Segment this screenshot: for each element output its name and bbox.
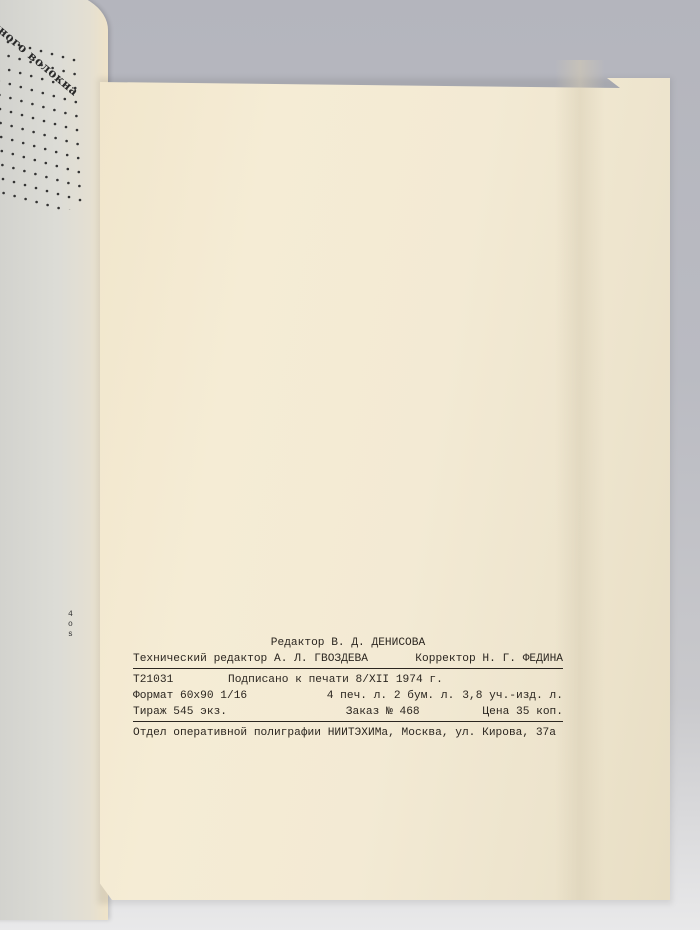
- edition-sheets: 3,8 уч.-изд. л.: [462, 688, 563, 704]
- editor-line: Редактор В. Д. ДЕНИСОВА: [133, 635, 563, 651]
- staff-line: Технический редактор А. Л. ГВОЗДЕВА Корр…: [133, 651, 563, 667]
- signed-line: Т21031 Подписано к печати 8/XII 1974 г.: [133, 672, 563, 688]
- print-run: Тираж 545 экз.: [133, 704, 283, 720]
- colophon-block: Редактор В. Д. ДЕНИСОВА Технический реда…: [133, 635, 563, 741]
- catalog-code: Т21031: [133, 672, 228, 688]
- printed-sheets: 4 печ. л. 2 бум. л.: [327, 688, 455, 704]
- tech-editor: Технический редактор А. Л. ГВОЗДЕВА: [133, 651, 368, 667]
- printer-line: Отдел оперативной полиграфии НИИТЭХИМа, …: [133, 725, 563, 741]
- left-page-margin-marks: 4 o s: [68, 610, 74, 640]
- proofreader: Корректор Н. Г. ФЕДИНА: [415, 651, 563, 667]
- editor: Редактор В. Д. ДЕНИСОВА: [271, 635, 425, 651]
- price: Цена 35 коп.: [482, 704, 563, 720]
- printer: Отдел оперативной полиграфии НИИТЭХИМа, …: [133, 725, 556, 741]
- left-page: дного волокна 4 o s: [0, 0, 108, 920]
- divider-bottom: [133, 721, 563, 722]
- divider-top: [133, 668, 563, 669]
- page-fold: [555, 60, 605, 900]
- format-line: Формат 60x90 1/16 4 печ. л. 2 бум. л. 3,…: [133, 688, 563, 704]
- dot-pattern-illustration: [0, 30, 90, 210]
- format: Формат 60x90 1/16: [133, 688, 247, 704]
- order-number: Заказ № 468: [346, 704, 420, 720]
- run-line: Тираж 545 экз. Заказ № 468 Цена 35 коп.: [133, 704, 563, 720]
- signed-date: Подписано к печати 8/XII 1974 г.: [228, 672, 443, 688]
